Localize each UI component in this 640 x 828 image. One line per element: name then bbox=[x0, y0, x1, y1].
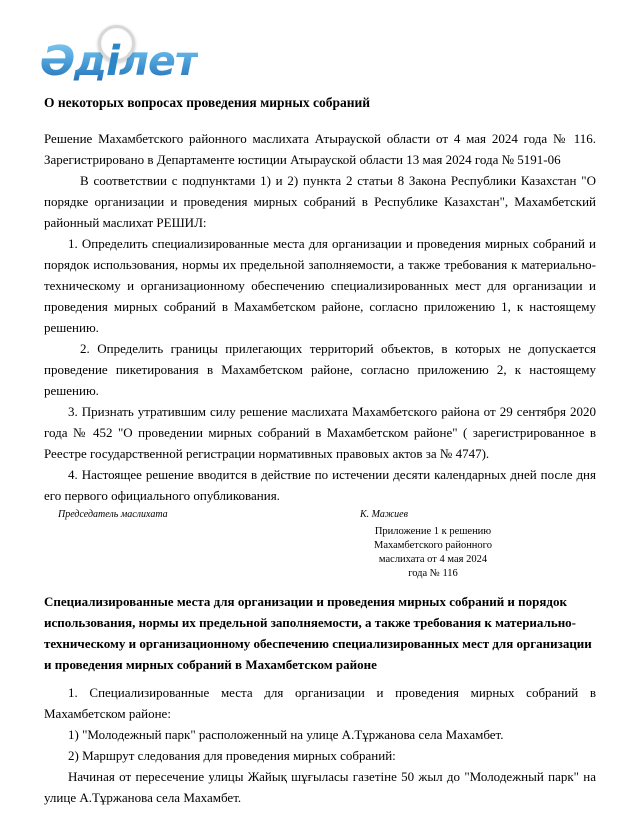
section-paragraph-2: 1) "Молодежный парк" расположенный на ул… bbox=[44, 724, 596, 745]
appendix-block: Приложение 1 к решению Махамбетского рай… bbox=[323, 525, 543, 581]
adilet-logo: Әділет bbox=[40, 38, 596, 88]
section-paragraph-1: 1. Специализированные места для организа… bbox=[44, 682, 596, 724]
paragraph-point-4: 4. Настоящее решение вводится в действие… bbox=[44, 464, 596, 506]
section-body: 1. Специализированные места для организа… bbox=[44, 682, 596, 808]
appendix-line: года № 116 bbox=[323, 567, 543, 581]
appendix-line: Махамбетского районного bbox=[323, 539, 543, 553]
signature-name: К. Мажиев bbox=[360, 509, 408, 520]
paragraph-legal-basis: В соответствии с подпунктами 1) и 2) пун… bbox=[44, 170, 596, 233]
paragraph-point-1: 1. Определить специализированные места д… bbox=[44, 233, 596, 338]
paragraph-point-3: 3. Признать утратившим силу решение масл… bbox=[44, 401, 596, 464]
document-page: Әділет О некоторых вопросах проведения м… bbox=[0, 0, 640, 828]
document-title: О некоторых вопросах проведения мирных с… bbox=[44, 94, 596, 112]
signature-row: Председатель маслихата К. Мажиев bbox=[44, 509, 596, 523]
magnifier-icon: і bbox=[106, 38, 119, 84]
signature-position: Председатель маслихата bbox=[58, 509, 168, 520]
appendix-line: маслихата от 4 мая 2024 bbox=[323, 553, 543, 567]
paragraph-decision-info: Решение Махамбетского районного маслихат… bbox=[44, 128, 596, 170]
logo-lens-letter: і bbox=[106, 37, 119, 85]
logo-text-before: Әд bbox=[40, 37, 106, 85]
paragraph-point-2: 2. Определить границы прилегающих террит… bbox=[44, 338, 596, 401]
section-paragraph-3: 2) Маршрут следования для проведения мир… bbox=[44, 745, 596, 766]
appendix-line: Приложение 1 к решению bbox=[323, 525, 543, 539]
section-title: Специализированные места для организации… bbox=[44, 591, 596, 675]
section-paragraph-4: Начиная от пересечение улицы Жайық шұғыл… bbox=[44, 766, 596, 808]
